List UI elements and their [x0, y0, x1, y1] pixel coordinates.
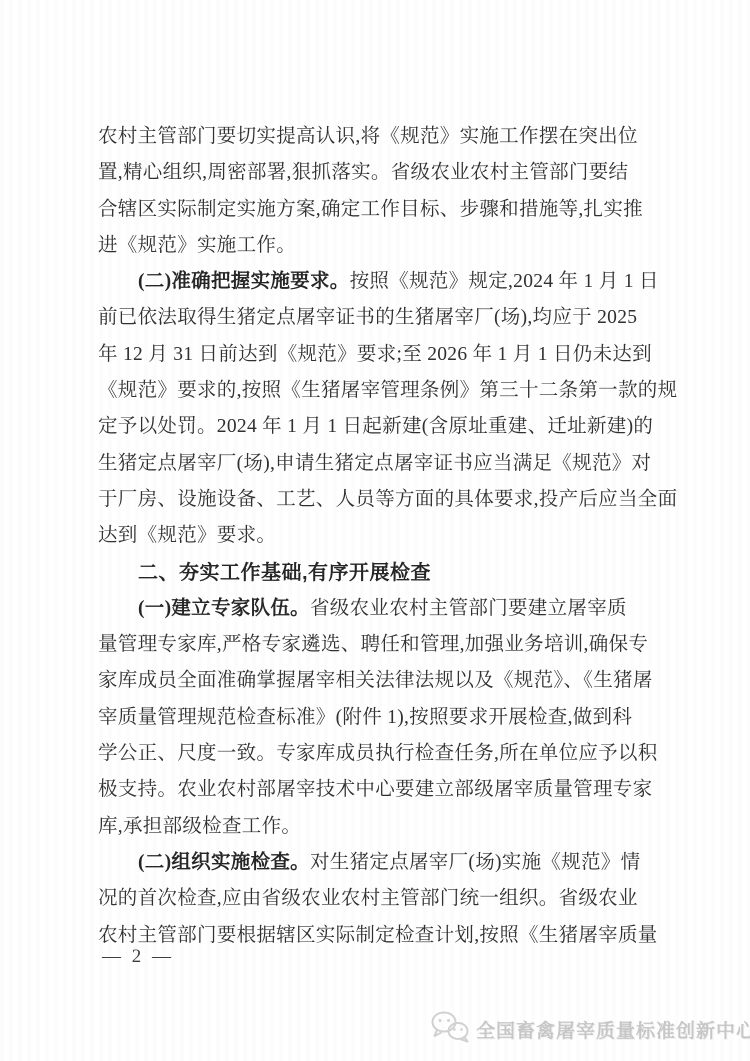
line-text: 农村主管部门要切实提高认识,将《规范》实施工作摆在突出位: [98, 126, 638, 147]
document-body: 农村主管部门要切实提高认识,将《规范》实施工作摆在突出位 置,精心组织,周密部署…: [98, 119, 654, 954]
paragraph-lead-line: (二)准确把握实施要求。按照《规范》规定,2024 年 1 月 1 日: [98, 264, 654, 300]
line-text: 量管理专家库,严格专家遴选、聘任和管理,加强业务培训,确保专: [98, 634, 648, 655]
paragraph-lead-line: (二)组织实施检查。对生猪定点屠宰厂(场)实施《规范》情: [98, 845, 654, 881]
text-line: 置,精心组织,周密部署,狠抓落实。省级农业农村主管部门要结: [98, 155, 654, 191]
line-text: 家库成员全面准确掌握屠宰相关法律法规以及《规范》、《生猪屠: [98, 670, 653, 691]
line-bold: (二)准确把握实施要求。: [138, 271, 350, 292]
page-number: — 2 —: [102, 946, 174, 968]
text-line: 家库成员全面准确掌握屠宰相关法律法规以及《规范》、《生猪屠: [98, 663, 654, 699]
line-text: 生猪定点屠宰厂(场),申请生猪定点屠宰证书应当满足《规范》对: [98, 453, 651, 474]
line-bold: (二)组织实施检查。: [138, 852, 310, 873]
text-line: 农村主管部门要根据辖区实际制定检查计划,按照《生猪屠宰质量: [98, 918, 654, 954]
line-text: 达到《规范》要求。: [98, 525, 276, 546]
text-line: 《规范》要求的,按照《生猪屠宰管理条例》第三十二条第一款的规: [98, 373, 654, 409]
line-text: 农村主管部门要根据辖区实际制定检查计划,按照《生猪屠宰质量: [98, 925, 658, 946]
text-line: 库,承担部级检查工作。: [98, 809, 654, 845]
document-page: 农村主管部门要切实提高认识,将《规范》实施工作摆在突出位 置,精心组织,周密部署…: [0, 0, 750, 1061]
wechat-logo-icon: [430, 1010, 470, 1049]
line-text: 学公正、尺度一致。专家库成员执行检查任务,所在单位应予以积: [98, 743, 658, 764]
text-line: 农村主管部门要切实提高认识,将《规范》实施工作摆在突出位: [98, 119, 654, 155]
line-text: 定予以处罚。2024 年 1 月 1 日起新建(含原址重建、迁址新建)的: [98, 416, 653, 437]
text-line: 学公正、尺度一致。专家库成员执行检查任务,所在单位应予以积: [98, 736, 654, 772]
text-line: 况的首次检查,应由省级农业农村主管部门统一组织。省级农业: [98, 881, 654, 917]
watermark-text: 全国畜禽屠宰质量标准创新中心: [476, 1016, 750, 1043]
line-text: 极支持。农业农村部屠宰技术中心要建立部级屠宰质量管理专家: [98, 779, 652, 800]
line-text: 进《规范》实施工作。: [98, 235, 296, 256]
line-bold: (一)建立专家队伍。: [138, 598, 310, 619]
heading-text: 二、夯实工作基础,有序开展检查: [138, 562, 431, 584]
line-text: 宰质量管理规范检查标准》(附件 1),按照要求开展检查,做到科: [98, 707, 632, 728]
section-heading: 二、夯实工作基础,有序开展检查: [98, 555, 654, 591]
line-text: 况的首次检查,应由省级农业农村主管部门统一组织。省级农业: [98, 888, 638, 909]
text-line: 宰质量管理规范检查标准》(附件 1),按照要求开展检查,做到科: [98, 700, 654, 736]
text-line: 生猪定点屠宰厂(场),申请生猪定点屠宰证书应当满足《规范》对: [98, 446, 654, 482]
line-text: 前已依法取得生猪定点屠宰证书的生猪屠宰厂(场),均应于 2025: [98, 307, 637, 328]
line-text: 于厂房、设施设备、工艺、人员等方面的具体要求,投产后应当全面: [98, 489, 677, 510]
text-line: 极支持。农业农村部屠宰技术中心要建立部级屠宰质量管理专家: [98, 772, 654, 808]
line-text: 置,精心组织,周密部署,狠抓落实。省级农业农村主管部门要结: [98, 162, 628, 183]
watermark: 全国畜禽屠宰质量标准创新中心: [430, 1010, 750, 1049]
paragraph-lead-line: (一)建立专家队伍。省级农业农村主管部门要建立屠宰质: [98, 591, 654, 627]
line-text: 按照《规范》规定,2024 年 1 月 1 日: [350, 271, 659, 292]
line-text: 《规范》要求的,按照《生猪屠宰管理条例》第三十二条第一款的规: [98, 380, 677, 401]
line-text: 库,承担部级检查工作。: [98, 816, 301, 837]
line-text: 对生猪定点屠宰厂(场)实施《规范》情: [310, 852, 640, 873]
text-line: 进《规范》实施工作。: [98, 228, 654, 264]
text-line: 年 12 月 31 日前达到《规范》要求;至 2026 年 1 月 1 日仍未达…: [98, 337, 654, 373]
text-line: 量管理专家库,严格专家遴选、聘任和管理,加强业务培训,确保专: [98, 627, 654, 663]
line-text: 省级农业农村主管部门要建立屠宰质: [310, 598, 627, 619]
line-text: 合辖区实际制定实施方案,确定工作目标、步骤和措施等,扎实推: [98, 199, 643, 220]
text-line: 前已依法取得生猪定点屠宰证书的生猪屠宰厂(场),均应于 2025: [98, 300, 654, 336]
line-text: 年 12 月 31 日前达到《规范》要求;至 2026 年 1 月 1 日仍未达…: [98, 344, 652, 365]
text-line: 合辖区实际制定实施方案,确定工作目标、步骤和措施等,扎实推: [98, 192, 654, 228]
text-line: 于厂房、设施设备、工艺、人员等方面的具体要求,投产后应当全面: [98, 482, 654, 518]
text-line: 定予以处罚。2024 年 1 月 1 日起新建(含原址重建、迁址新建)的: [98, 409, 654, 445]
text-line: 达到《规范》要求。: [98, 518, 654, 554]
